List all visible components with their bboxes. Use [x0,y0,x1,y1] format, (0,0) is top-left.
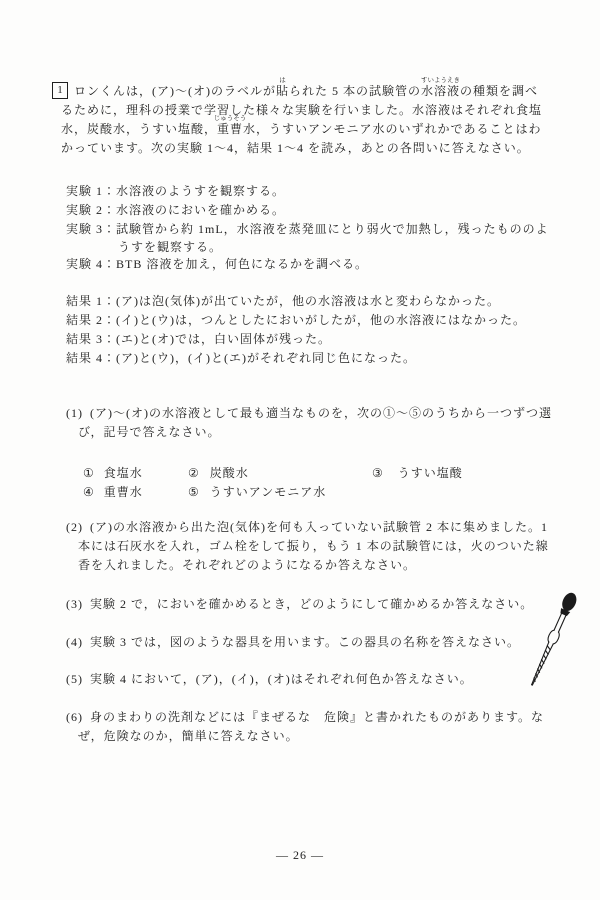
option-5-label: うすいアンモニア水 [210,485,327,499]
question-4-number: (4) [66,635,83,649]
ruby-haru: は貼 [276,84,289,98]
problem-number-box: 1 [52,82,68,99]
intro-line-3: 水，炭酸水，うすい塩酸，じゅうそう重曹水，うすいアンモニア水のいずれかであること… [61,122,542,136]
question-2-line-2: 本には石灰水を入れ，ゴム栓をして振り，もう 1 本の試験管には，火のついた線 [78,539,549,553]
option-2: ②炭酸水 [188,466,249,480]
dropper-pipette-icon [505,583,590,708]
intro-line-3-seg2: 水，うすいアンモニア水のいずれかであることはわ [243,122,542,136]
question-4-line-1: 実験 3 では，図のような器具を用います。この器具の名称を答えなさい。 [90,635,520,649]
ruby-juusou: じゅうそう重曹 [217,122,243,136]
option-2-label: 炭酸水 [210,466,249,480]
question-1-line-1: (ア)～(オ)の水溶液として最も適当なものを，次の①～⑤のうちから一つずつ選 [90,406,552,420]
experiment-2: 実験 2：水溶液のにおいを確かめる。 [66,203,285,217]
intro-line-2: るために，理科の授業で学習した様々な実験を行いました。水溶液はそれぞれ食塩 [61,103,542,117]
experiment-4: 実験 4：BTB 溶液を加え，何色になるかを調べる。 [66,257,368,271]
question-5-number: (5) [66,672,83,686]
result-4: 結果 4：(ア)と(ウ)，(イ)と(エ)がそれぞれ同じ色になった。 [66,351,416,365]
exam-page: 1 ロンくんは，(ア)～(オ)のラベルがは貼られた 5 本の試験管のすいようえき… [0,0,600,900]
experiment-3-line-1: 実験 3：試験管から約 1mL，水溶液を蒸発皿にとり弱火で加熱し，残ったもののよ [66,222,549,236]
experiment-1: 実験 1：水溶液のようすを観察する。 [66,184,285,198]
experiment-3-line-2: うすを観察する。 [118,240,222,254]
result-3: 結果 3：(エ)と(オ)では，白い固体が残った。 [66,332,331,346]
dropper-pipette-figure [505,583,590,708]
problem-number: 1 [57,84,63,96]
option-3-label: うすい塩酸 [398,466,463,480]
ruby-suiyoueki-base: 水溶液 [421,84,460,98]
intro-line-4: かっています。次の実験 1～4，結果 1～4 を読み，あとの各問いに答えなさい。 [61,141,530,155]
question-2-line-1: (ア)の水溶液から出た泡(気体)を何も入っていない試験管 2 本に集めました。1 [90,520,548,534]
option-1-label: 食塩水 [104,466,143,480]
intro-line-3-seg1: 水，炭酸水，うすい塩酸， [61,122,217,136]
option-4: ④重曹水 [83,485,143,499]
ruby-juusou-base: 重曹 [217,122,243,136]
intro-line-1-seg2: られた 5 本の試験管の [289,84,421,98]
result-1: 結果 1：(ア)は泡(気体)が出ていたが，他の水溶液は水と変わらなかった。 [66,294,500,308]
option-3-number: ③ [372,466,384,480]
option-5: ⑤うすいアンモニア水 [188,485,326,499]
question-6-line-2: ぜ，危険なのか，簡単に答えなさい。 [78,729,299,743]
question-3-number: (3) [66,597,83,611]
option-3: ③うすい塩酸 [372,466,463,480]
intro-line-1-seg1: ロンくんは，(ア)～(オ)のラベルが [74,84,276,98]
question-6-line-1: 身のまわりの洗剤などには『まぜるな 危険』と書かれたものがあります。な [90,710,544,724]
page-number: — 26 — [0,848,600,863]
question-5-line-1: 実験 4 において，(ア)，(イ)，(オ)はそれぞれ何色か答えなさい。 [90,672,473,686]
result-2: 結果 2：(イ)と(ウ)は，つんとしたにおいがしたが，他の水溶液にはなかった。 [66,313,526,327]
option-2-number: ② [188,466,200,480]
question-1-number: (1) [66,406,83,420]
furigana-ha: は [279,77,286,84]
furigana-suiyoueki: すいようえき [421,77,460,84]
question-6-number: (6) [66,710,83,724]
option-1-number: ① [83,466,95,480]
intro-line-1: ロンくんは，(ア)～(オ)のラベルがは貼られた 5 本の試験管のすいようえき水溶… [74,84,538,98]
option-4-label: 重曹水 [104,485,143,499]
question-2-number: (2) [66,520,83,534]
furigana-juusou: じゅうそう [214,115,247,122]
option-5-number: ⑤ [188,485,200,499]
question-3-line-1: 実験 2 で，においを確かめるとき，どのようにして確かめるか答えなさい。 [90,597,533,611]
option-1: ①食塩水 [83,466,143,480]
intro-line-1-seg3: の種類を調べ [460,84,538,98]
question-1-line-2: び，記号で答えなさい。 [78,425,221,439]
ruby-haru-base: 貼 [276,84,289,98]
option-4-number: ④ [83,485,95,499]
question-2-line-3: 香を入れました。それぞれどのようになるか答えなさい。 [78,558,416,572]
ruby-suiyoueki: すいようえき水溶液 [421,84,460,98]
